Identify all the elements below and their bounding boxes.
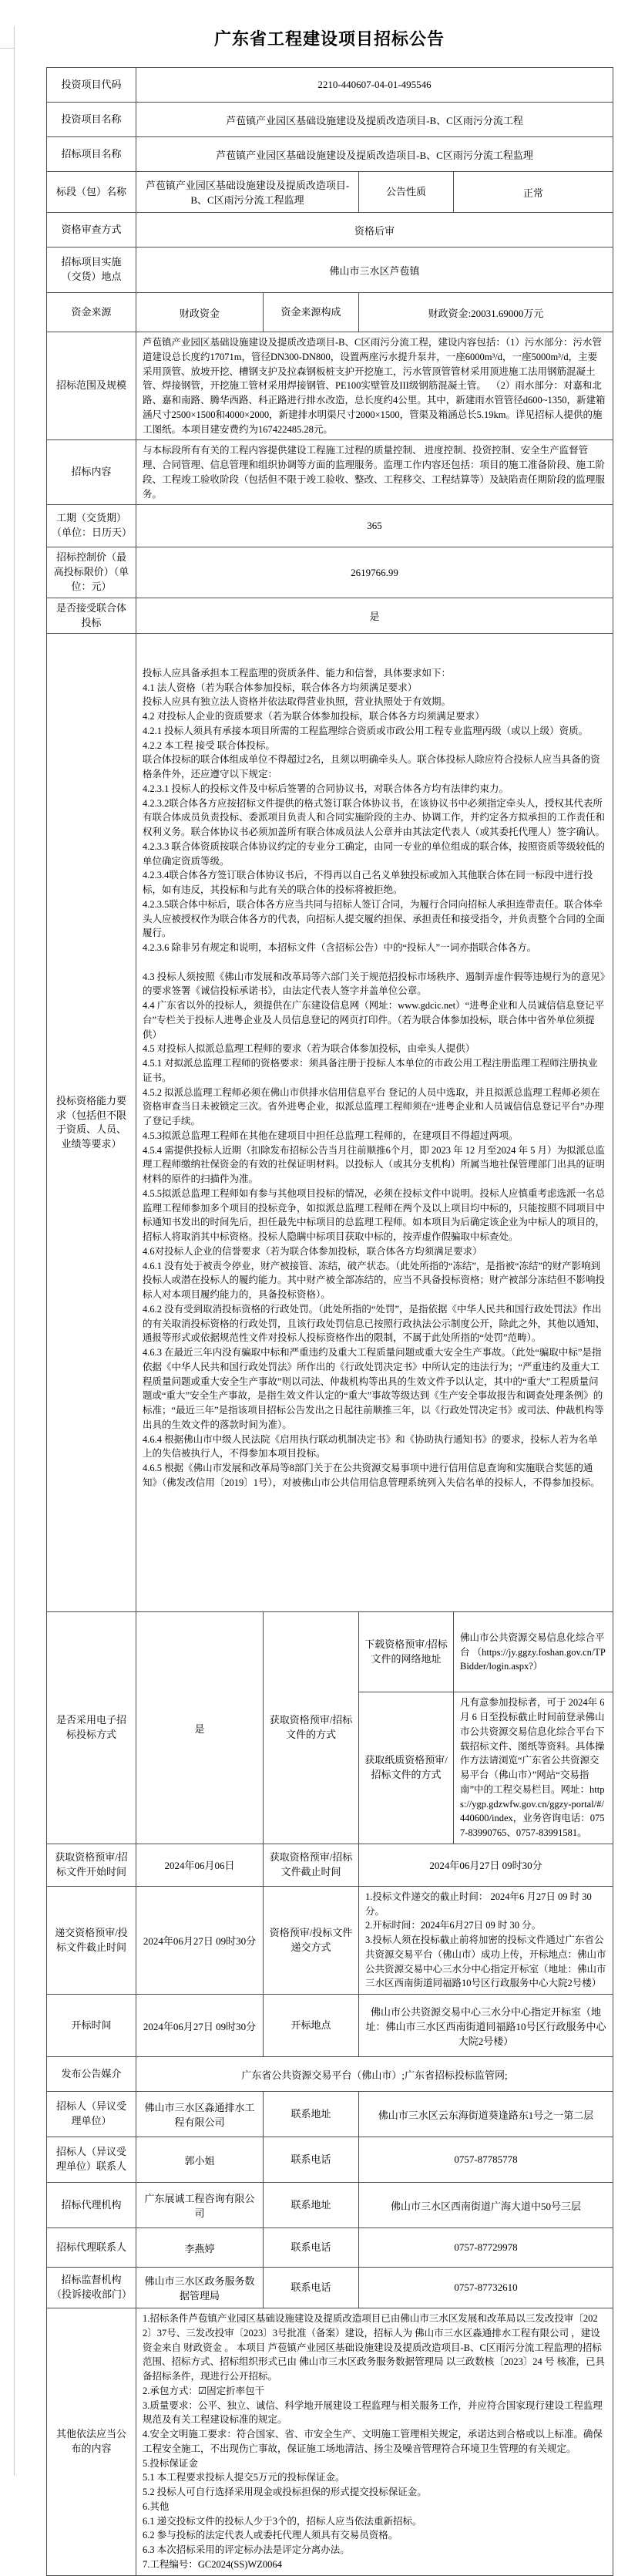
row-scope: 招标范围及规模 芦苞镇产业园区基础设施建设及提质改造项目-B、C区雨污分流工程，… [47, 332, 613, 440]
row-investment-project-name: 投资项目名称 芦苞镇产业园区基础设施建设及提质改造项目-B、C区雨污分流工程 [47, 103, 613, 137]
value-obtain-deadline: 2024年06月27日 09时30分 [359, 1844, 613, 1886]
label-bid-opening-time: 开标时间 [47, 1995, 136, 2057]
value-announcement-media: 广东省公共资源交易平台（佛山市）;广东省招标投标监管网; [136, 2057, 613, 2092]
label-qualification-review: 资格审查方式 [47, 213, 136, 247]
label-obtain-start: 获取资格预审/招标文件开始时间 [47, 1844, 136, 1886]
row-duration: 工期（交货期）（单位：日历天） 365 [47, 505, 613, 547]
label-announcement-media: 发布公告媒介 [47, 2057, 136, 2092]
label-qualification-requirements: 投标资格能力要求（包括但不限于资质、人员、业绩等要求） [47, 634, 136, 1612]
value-submission-deadline: 2024年06月27日 09时30分 [136, 1886, 264, 1994]
value-paper-obtain: 凡有意参加投标者，可于 2024年 6 月 6 日至投标截止时间前登录佛山市公共… [454, 1692, 613, 1844]
row-tenderer-contact: 招标人（异议受理单位）联系人 郭小姐 联系电话 0757-87785778 [47, 2137, 613, 2183]
value-agency-address: 佛山市三水区西南街道广海大道中50号三层 [359, 2183, 613, 2228]
row-tenderer: 招标人（异议受理单位） 佛山市三水区淼通排水工程有限公司 联系地址 佛山市三水区… [47, 2092, 613, 2137]
label-tender-project-name: 招标项目名称 [47, 137, 136, 172]
row-qualification-requirements: 投标资格能力要求（包括但不限于资质、人员、业绩等要求） 投标人应具备承担本工程监… [47, 634, 613, 1612]
value-download-address: 佛山市公共资源交易信息化综合平台 （https://jy.ggzy.foshan… [454, 1612, 613, 1692]
value-consortium: 是 [136, 598, 613, 634]
label-tenderer: 招标人（异议受理单位） [47, 2092, 136, 2137]
value-supervision-phone: 0757-87732610 [359, 2268, 613, 2308]
label-agency: 招标代理机构 [47, 2183, 136, 2228]
label-project-code: 投资项目代码 [47, 68, 136, 103]
value-tenderer: 佛山市三水区淼通排水工程有限公司 [136, 2092, 264, 2137]
value-submission-method: 1.投标文件递交的截止时间： 2024年6 月27日 09 时 30 分。 2.… [359, 1886, 613, 1994]
value-tenderer-contact: 郭小姐 [136, 2137, 264, 2183]
label-agency-address: 联系地址 [264, 2183, 359, 2228]
label-scope: 招标范围及规模 [47, 332, 136, 440]
value-scope: 芦苞镇产业园区基础设施建设及提质改造项目-B、C区雨污分流工程，建设内容包括：（… [136, 332, 613, 440]
value-agency-phone: 0757-87729978 [359, 2228, 613, 2268]
label-other-content: 其他依法应当公布的内容 [47, 2308, 136, 2576]
label-duration: 工期（交货期）（单位：日历天） [47, 505, 136, 547]
value-bid-opening-place: 佛山市公共资源交易中心三水分中心指定开标室（地址：佛山市三水区西南街道同福路10… [359, 1995, 613, 2057]
value-bid-opening-time: 2024年06月27日 09时30分 [136, 1995, 264, 2057]
label-obtain-deadline: 获取资格预审/招标文件截止时间 [264, 1844, 359, 1886]
label-obtain-method: 获取资格预审/招标文件的方式 [264, 1612, 359, 1844]
value-control-price: 2619766.99 [136, 547, 613, 598]
label-location: 招标项目实施（交货）地点 [47, 247, 136, 293]
label-agency-contact: 招标代理联系人 [47, 2228, 136, 2268]
label-paper-obtain: 获取纸质资格预审/招标文件的方式 [359, 1692, 454, 1844]
row-control-price: 招标控制价（最高投标限价）（单位：元） 2619766.99 [47, 547, 613, 598]
announcement-table: 投资项目代码 2210-440607-04-01-495546 投资项目名称 芦… [46, 67, 613, 2576]
value-location: 佛山市三水区芦苞镇 [136, 247, 613, 293]
row-tender-project-name: 招标项目名称 芦苞镇产业园区基础设施建设及提质改造项目-B、C区雨污分流工程监理 [47, 137, 613, 172]
value-qualification-requirements: 投标人应具备承担本工程监理的资质条件、能力和信誉，具体要求如下： 4.1 法人资… [136, 634, 613, 1612]
value-supervision: 佛山市三水区政务服务数据管理局 [136, 2268, 264, 2308]
page-title: 广东省工程建设项目招标公告 [46, 26, 613, 50]
row-section-name: 标段（包）名称 芦苞镇产业园区基础设施建设及提质改造项目-B、C区雨污分流工程监… [47, 172, 613, 213]
value-other-content: 1.招标条件芦苞镇产业园区基础设施建设及提质改造项目已由佛山市三水区发展和改革局… [136, 2308, 613, 2576]
label-electronic-bidding: 是否采用电子招标投标方式 [47, 1612, 136, 1844]
row-obtain-times: 获取资格预审/招标文件开始时间 2024年06月06日 获取资格预审/招标文件截… [47, 1844, 613, 1886]
row-electronic-bidding: 是否采用电子招标投标方式 是 获取资格预审/招标文件的方式 下载资格预审/招标文… [47, 1612, 613, 1692]
row-qualification-review: 资格审查方式 资格后审 [47, 213, 613, 247]
value-agency: 广东展诚工程咨询有限公司 [136, 2183, 264, 2228]
label-tenderer-contact: 招标人（异议受理单位）联系人 [47, 2137, 136, 2183]
label-consortium: 是否接受联合体投标 [47, 598, 136, 634]
label-submission-deadline: 递交资格预审/投标文件截止时间 [47, 1886, 136, 1994]
row-content: 招标内容 与本标段所有有关的工程内容提供建设工程施工过程的质量控制、 进度控制、… [47, 440, 613, 505]
row-consortium: 是否接受联合体投标 是 [47, 598, 613, 634]
value-section-name: 芦苞镇产业园区基础设施建设及提质改造项目-B、C区雨污分流工程监理 [136, 172, 359, 213]
label-agency-phone: 联系电话 [264, 2228, 359, 2268]
value-obtain-start: 2024年06月06日 [136, 1844, 264, 1886]
value-content: 与本标段所有有关的工程内容提供建设工程施工过程的质量控制、 进度控制、投资控制、… [136, 440, 613, 505]
page-left-border [14, 26, 15, 2476]
value-notice-nature: 正常 [454, 172, 613, 213]
label-download-address: 下载资格预审/招标文件的网络地址 [359, 1612, 454, 1692]
value-investment-project-name: 芦苞镇产业园区基础设施建设及提质改造项目-B、C区雨污分流工程 [136, 103, 613, 137]
row-supervision: 招标监督机构（投诉接收部门） 佛山市三水区政务服务数据管理局 联系电话 0757… [47, 2268, 613, 2308]
label-supervision-phone: 联系电话 [264, 2268, 359, 2308]
label-funding-source: 资金来源 [47, 293, 136, 332]
label-notice-nature: 公告性质 [359, 172, 454, 213]
value-qualification-review: 资格后审 [136, 213, 613, 247]
row-agency-contact: 招标代理联系人 李燕婷 联系电话 0757-87729978 [47, 2228, 613, 2268]
label-submission-method: 资格预审/投标文件递交方式 [264, 1886, 359, 1994]
label-section-name: 标段（包）名称 [47, 172, 136, 213]
row-submission: 递交资格预审/投标文件截止时间 2024年06月27日 09时30分 资格预审/… [47, 1886, 613, 1994]
value-tenderer-address: 佛山市三水区云东海街道葵逢路东1号之一第二层 [359, 2092, 613, 2137]
label-tenderer-address: 联系地址 [264, 2092, 359, 2137]
row-bid-opening: 开标时间 2024年06月27日 09时30分 开标地点 佛山市公共资源交易中心… [47, 1995, 613, 2057]
value-tenderer-phone: 0757-87785778 [359, 2137, 613, 2183]
value-project-code: 2210-440607-04-01-495546 [136, 68, 613, 103]
row-funding: 资金来源 财政资金 资金来源构成 财政资金:20031.69000万元 [47, 293, 613, 332]
value-duration: 365 [136, 505, 613, 547]
row-project-code: 投资项目代码 2210-440607-04-01-495546 [47, 68, 613, 103]
label-tenderer-phone: 联系电话 [264, 2137, 359, 2183]
page-top-border [0, 48, 14, 49]
label-bid-opening-place: 开标地点 [264, 1995, 359, 2057]
row-other-content: 其他依法应当公布的内容 1.招标条件芦苞镇产业园区基础设施建设及提质改造项目已由… [47, 2308, 613, 2576]
row-agency: 招标代理机构 广东展诚工程咨询有限公司 联系地址 佛山市三水区西南街道广海大道中… [47, 2183, 613, 2228]
row-location: 招标项目实施（交货）地点 佛山市三水区芦苞镇 [47, 247, 613, 293]
label-funding-composition: 资金来源构成 [264, 293, 359, 332]
row-announcement-media: 发布公告媒介 广东省公共资源交易平台（佛山市）;广东省招标投标监管网; [47, 2057, 613, 2092]
label-supervision: 招标监督机构（投诉接收部门） [47, 2268, 136, 2308]
qualification-requirements-text: 投标人应具备承担本工程监理的资质条件、能力和信誉，具体要求如下： 4.1 法人资… [143, 666, 606, 1580]
label-content: 招标内容 [47, 440, 136, 505]
value-funding-composition: 财政资金:20031.69000万元 [359, 293, 613, 332]
value-funding-source: 财政资金 [136, 293, 264, 332]
label-investment-project-name: 投资项目名称 [47, 103, 136, 137]
value-agency-contact: 李燕婷 [136, 2228, 264, 2268]
value-tender-project-name: 芦苞镇产业园区基础设施建设及提质改造项目-B、C区雨污分流工程监理 [136, 137, 613, 172]
value-electronic-bidding: 是 [136, 1612, 264, 1844]
label-control-price: 招标控制价（最高投标限价）（单位：元） [47, 547, 136, 598]
